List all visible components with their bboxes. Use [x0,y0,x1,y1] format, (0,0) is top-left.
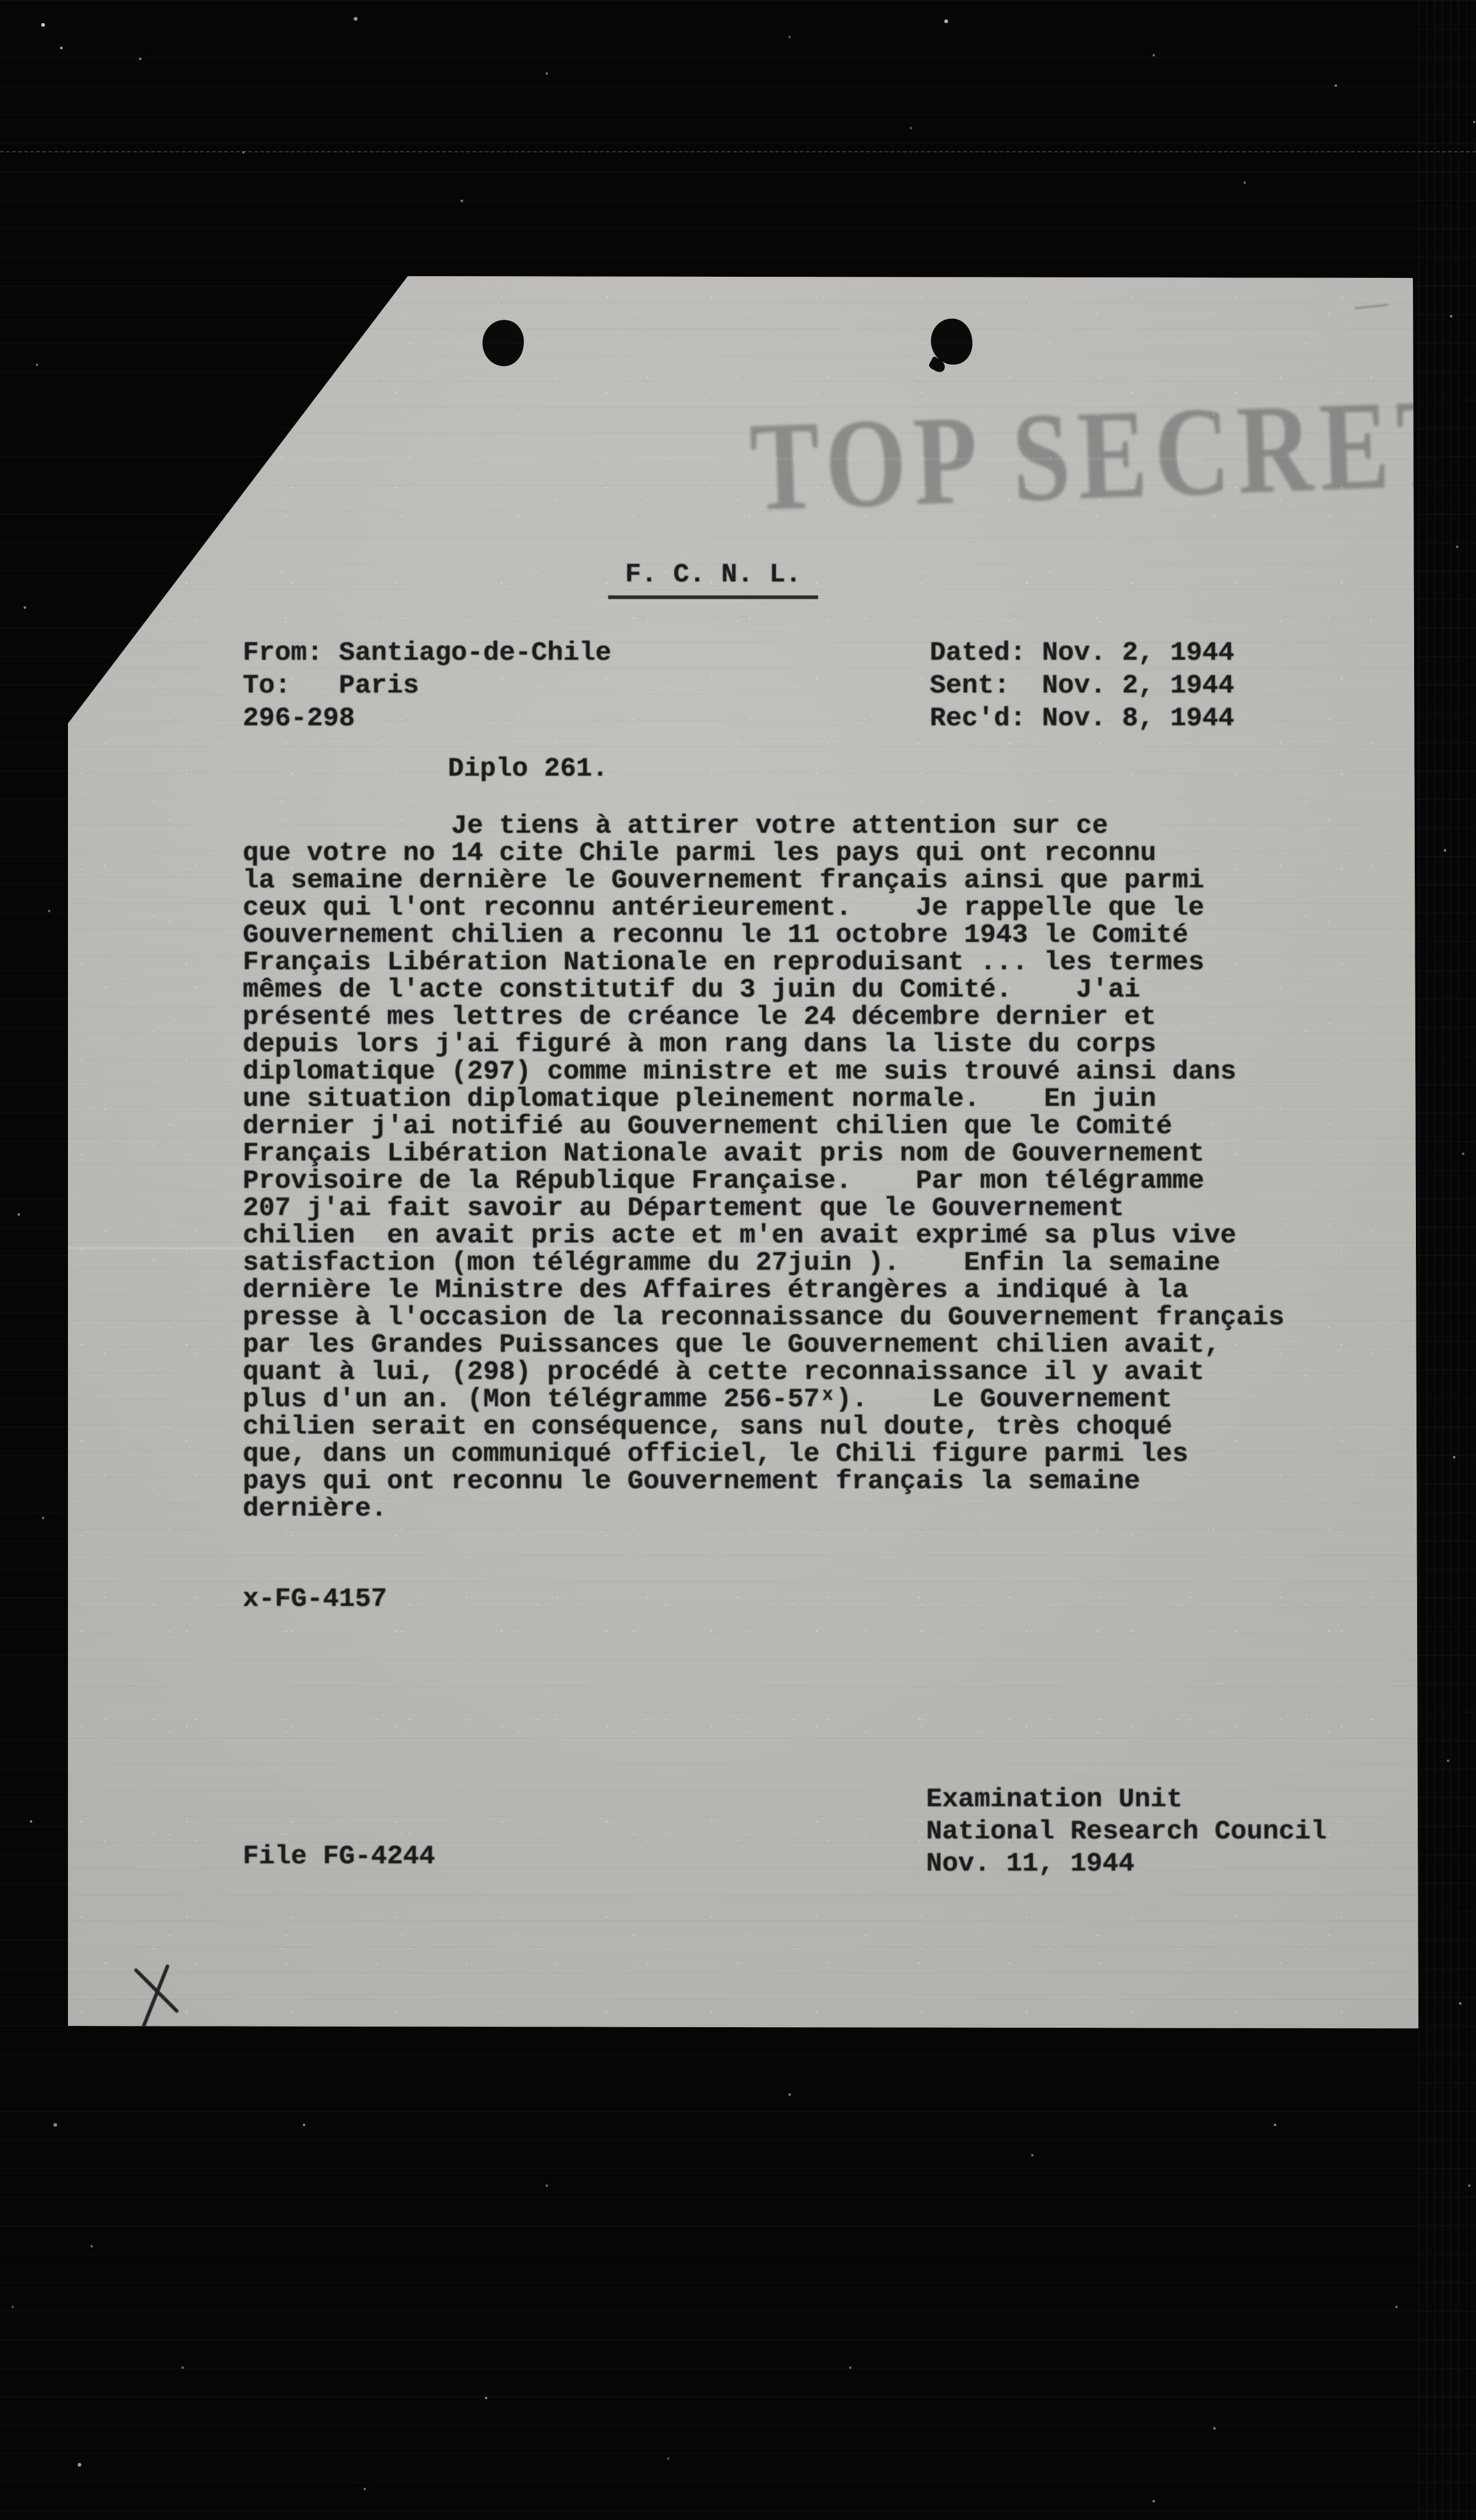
film-speckles [0,0,1,1]
message-body: Je tiens à attirer votre attention sur c… [243,813,1284,1523]
top-secret-stamp: TOP SECRET [748,373,1396,541]
text-line: dernier j'ai notifié au Gouvernement chi… [243,1113,1284,1140]
text-line: Provisoire de la République Française. P… [243,1168,1284,1195]
text-line: chilien serait en conséquence, sans nul … [243,1414,1284,1441]
text-line: ceux qui l'ont reconnu antérieurement. J… [243,895,1284,922]
text-line: pays qui ont reconnu le Gouvernement fra… [243,1468,1284,1495]
scan-artifact-dotted-line [0,151,1476,152]
scan-streak [68,1247,906,1249]
document-paper: TOP SECRET F. C. N. L. From: Santiago-de… [68,276,1418,2028]
text-line: Nov. 11, 1944 [926,1848,1327,1880]
text-line: 296-298 [243,702,611,735]
text-line: par les Grandes Puissances que le Gouver… [243,1332,1284,1359]
punch-hole-icon [479,317,527,369]
text-line: Sent: Nov. 2, 1944 [930,669,1234,702]
text-line: satisfaction (mon télégramme du 27juin )… [243,1250,1284,1277]
reference-number: x-FG-4157 [243,1586,387,1613]
pencil-dash-mark [1355,303,1389,310]
film-edge-striping [1418,0,1476,2520]
message-number: Diplo 261. [448,756,608,783]
text-line: Gouvernement chilien a reconnu le 11 oct… [243,922,1284,949]
text-line: Français Libération Nationale avait pris… [243,1140,1284,1168]
text-line: plus d'un an. (Mon télégramme 256-57ˣ). … [243,1386,1284,1414]
text-line: Examination Unit [926,1784,1327,1816]
scan-streak [123,458,1203,460]
text-line: diplomatique (297) comme ministre et me … [243,1058,1284,1086]
examination-unit-block: Examination UnitNational Research Counci… [926,1784,1327,1880]
text-line: mêmes de l'acte constitutif du 3 juin du… [243,977,1284,1004]
text-line: depuis lors j'ai figuré à mon rang dans … [243,1031,1284,1058]
text-line: quant à lui, (298) procédé à cette recon… [243,1359,1284,1386]
text-line: la semaine dernière le Gouvernement fran… [243,867,1284,895]
text-line: chilien en avait pris acte et m'en avait… [243,1222,1284,1250]
text-line: From: Santiago-de-Chile [243,637,611,669]
text-line: To: Paris [243,669,611,702]
text-line: National Research Council [926,1816,1327,1848]
text-line: 207 j'ai fait savoir au Département que … [243,1195,1284,1222]
text-line: Je tiens à attirer votre attention sur c… [243,813,1284,840]
header-left-block: From: Santiago-de-ChileTo: Paris296-298 [243,637,611,735]
punch-hole-tear [928,356,947,374]
text-line: Rec'd: Nov. 8, 1944 [930,702,1234,735]
punch-hole-icon [929,317,975,367]
text-line: que votre no 14 cite Chile parmi les pay… [243,840,1284,867]
scanned-page: TOP SECRET F. C. N. L. From: Santiago-de… [0,0,1476,2520]
text-line: Français Libération Nationale en reprodu… [243,949,1284,977]
text-line: présenté mes lettres de créance le 24 dé… [243,1004,1284,1031]
text-line: Dated: Nov. 2, 1944 [930,637,1234,669]
text-line: une situation diplomatique pleinement no… [243,1086,1284,1113]
letterhead-title: F. C. N. L. [608,560,818,599]
text-line: dernière le Ministre des Affaires étrang… [243,1277,1284,1304]
file-number: File FG-4244 [243,1843,435,1871]
header-right-block: Dated: Nov. 2, 1944Sent: Nov. 2, 1944Rec… [930,637,1234,735]
text-line: dernière. [243,1495,1284,1523]
text-line: presse à l'occasion de la reconnaissance… [243,1304,1284,1332]
text-line: que, dans un communiqué officiel, le Chi… [243,1441,1284,1468]
